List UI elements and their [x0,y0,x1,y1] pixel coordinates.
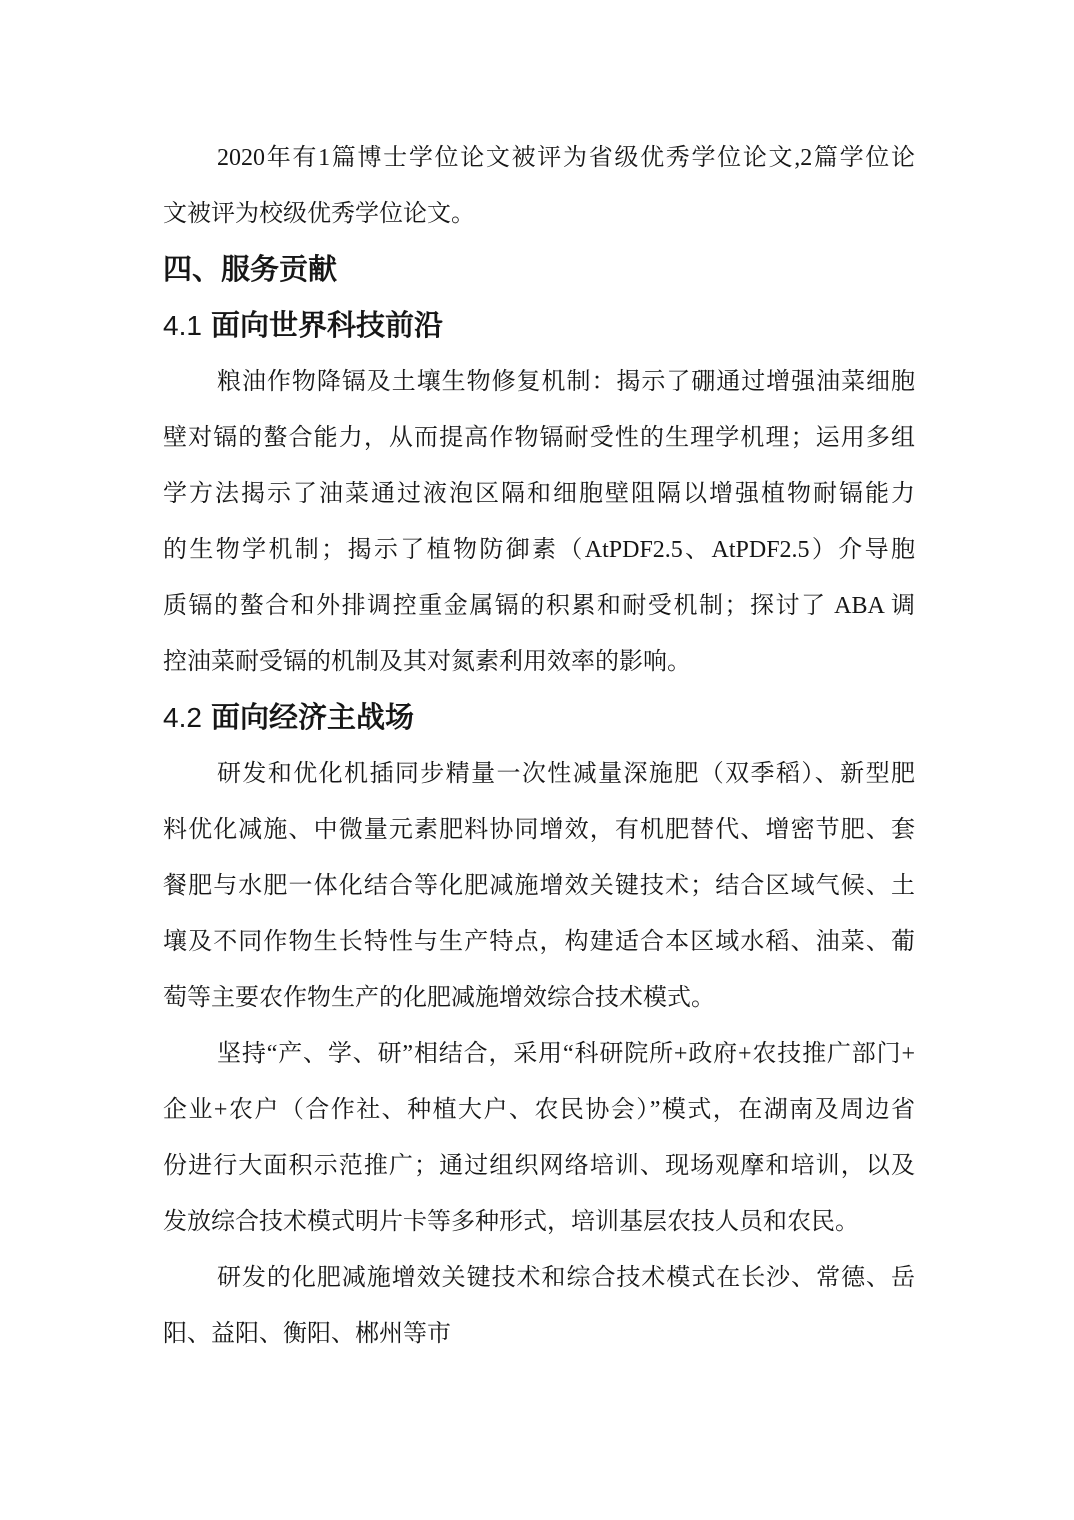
document-content: 2020年有1篇博士学位论文被评为省级优秀学位论文,2篇学位论 文被评为校级优秀… [163,130,915,1362]
paragraph-line: 2020年有1篇博士学位论文被评为省级优秀学位论文,2篇学位论 [163,130,915,186]
heading-number: 4.1 [163,310,202,341]
heading-4-1: 4.1面向世界科技前沿 [163,298,915,354]
paragraph-line: 壁对镉的螯合能力，从而提高作物镉耐受性的生理学机理；运用多组 [163,410,915,466]
paragraph-line: 壤及不同作物生长特性与生产特点，构建适合本区域水稻、油菜、葡 [163,914,915,970]
paragraph-line: 的生物学机制；揭示了植物防御素（AtPDF2.5、AtPDF2.5）介导胞 [163,522,915,578]
heading-4-2: 4.2面向经济主战场 [163,690,915,746]
heading-section-4: 四、服务贡献 [163,242,915,298]
heading-title: 服务贡献 [221,254,337,286]
paragraph-line: 控油菜耐受镉的机制及其对氮素利用效率的影响。 [163,634,915,690]
paragraph-line: 坚持“产、学、研”相结合，采用“科研院所+政府+农技推广部门+ [163,1026,915,1082]
heading-number: 四、 [163,254,221,286]
paragraph-line: 萄等主要农作物生产的化肥减施增效综合技术模式。 [163,970,915,1026]
paragraph-line: 粮油作物降镉及土壤生物修复机制：揭示了硼通过增强油菜细胞 [163,354,915,410]
paragraph-line: 餐肥与水肥一体化结合等化肥减施增效关键技术；结合区域气候、土 [163,858,915,914]
paragraph-line: 企业+农户（合作社、种植大户、农民协会）”模式，在湖南及周边省 [163,1082,915,1138]
paragraph-line: 份进行大面积示范推广；通过组织网络培训、现场观摩和培训，以及 [163,1138,915,1194]
paragraph-line: 研发的化肥减施增效关键技术和综合技术模式在长沙、常德、岳 [163,1250,915,1306]
paragraph-line: 文被评为校级优秀学位论文。 [163,186,915,242]
paragraph-line: 阳、益阳、衡阳、郴州等市 [163,1306,915,1362]
paragraph-line: 料优化减施、中微量元素肥料协同增效，有机肥替代、增密节肥、套 [163,802,915,858]
document-page: 2020年有1篇博士学位论文被评为省级优秀学位论文,2篇学位论 文被评为校级优秀… [0,0,1074,1520]
heading-title: 面向世界科技前沿 [211,310,443,342]
paragraph-line: 发放综合技术模式明片卡等多种形式，培训基层农技人员和农民。 [163,1194,915,1250]
paragraph-line: 学方法揭示了油菜通过液泡区隔和细胞壁阻隔以增强植物耐镉能力 [163,466,915,522]
paragraph-line: 质镉的螯合和外排调控重金属镉的积累和耐受机制；探讨了 ABA 调 [163,578,915,634]
heading-title: 面向经济主战场 [211,702,414,734]
paragraph-line: 研发和优化机插同步精量一次性减量深施肥（双季稻）、新型肥 [163,746,915,802]
heading-number: 4.2 [163,702,202,733]
